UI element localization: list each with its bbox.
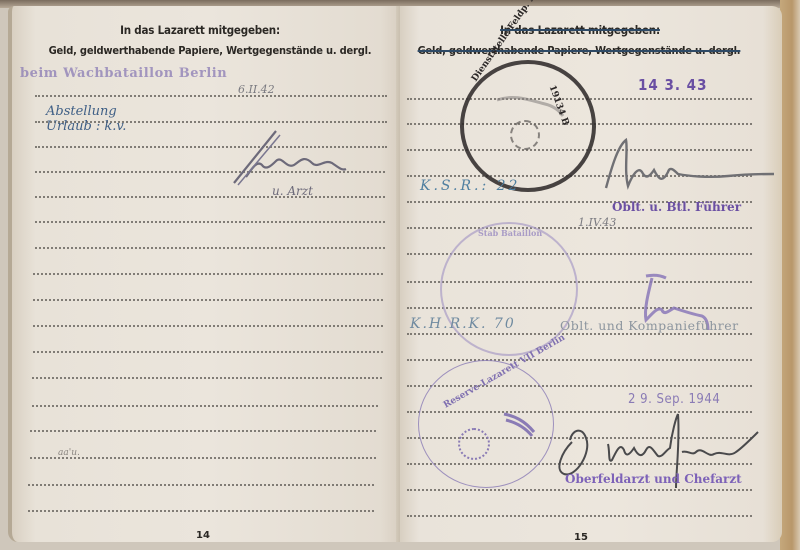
date-stamp-2: 2 9. Sep. 1944 [628, 392, 720, 407]
left-header-title: In das Lazarett mitgegeben: [120, 23, 280, 37]
unit-stamp: beim Wachbataillon Berlin [20, 66, 227, 81]
title-stamp-2: Oblt. und Kompanieführer [560, 318, 739, 333]
paybook-spread: In das Lazarett mitgegeben: Geld, geldwe… [0, 0, 800, 550]
signature-rank: u. Arzt [272, 184, 313, 198]
handwritten-entry-2: Urlaub : k.v. [46, 119, 126, 134]
eagle-emblem-icon [500, 410, 540, 440]
dotted-line [33, 351, 383, 353]
handwritten-entry-khrk: K.H.R.K. 70 [410, 316, 516, 332]
dotted-line [407, 515, 752, 517]
page-number-left: 14 [196, 530, 210, 541]
handwritten-date-1: 1.IV.43 [578, 216, 616, 229]
signature-muller [228, 125, 358, 215]
swastika-emblem-icon [458, 428, 490, 460]
left-header-subtitle: Geld, geldwerthabende Papiere, Wertgegen… [35, 44, 385, 57]
dotted-line [30, 430, 376, 432]
dotted-line [35, 247, 385, 249]
title-stamp-3: Oberfeldarzt und Chefarzt [565, 472, 742, 486]
eagle-emblem-icon [510, 120, 540, 150]
page-number-right: 15 [574, 532, 588, 543]
dotted-line [35, 95, 387, 97]
right-header-subtitle-struck: Geld, geldwerthabende Papiere, Wertgegen… [404, 44, 754, 57]
dotted-line [32, 377, 382, 379]
dotted-line [35, 221, 385, 223]
dotted-line [33, 325, 383, 327]
dotted-line [32, 405, 378, 407]
dotted-line [33, 273, 383, 275]
title-stamp-1: Oblt. u. Btl. Führer [612, 200, 741, 214]
faded-stamp-text: Stab Bataillon [478, 228, 542, 238]
dotted-line [28, 510, 374, 512]
dotted-line [28, 484, 374, 486]
date-stamp-1: 14 3. 43 [638, 76, 707, 94]
dotted-line [407, 359, 752, 361]
signature-bischoff [598, 136, 778, 196]
dotted-line [33, 299, 383, 301]
right-header-title-struck: In das Lazarett mitgegeben: [495, 23, 665, 37]
cover-right-edge [780, 0, 800, 550]
handwritten-entry-1: Abstellung [46, 104, 117, 119]
handwritten-entry-ksr: K.S.R.: 22 [420, 178, 520, 194]
faint-note: aa'u. [58, 448, 80, 458]
dotted-line [30, 457, 376, 459]
